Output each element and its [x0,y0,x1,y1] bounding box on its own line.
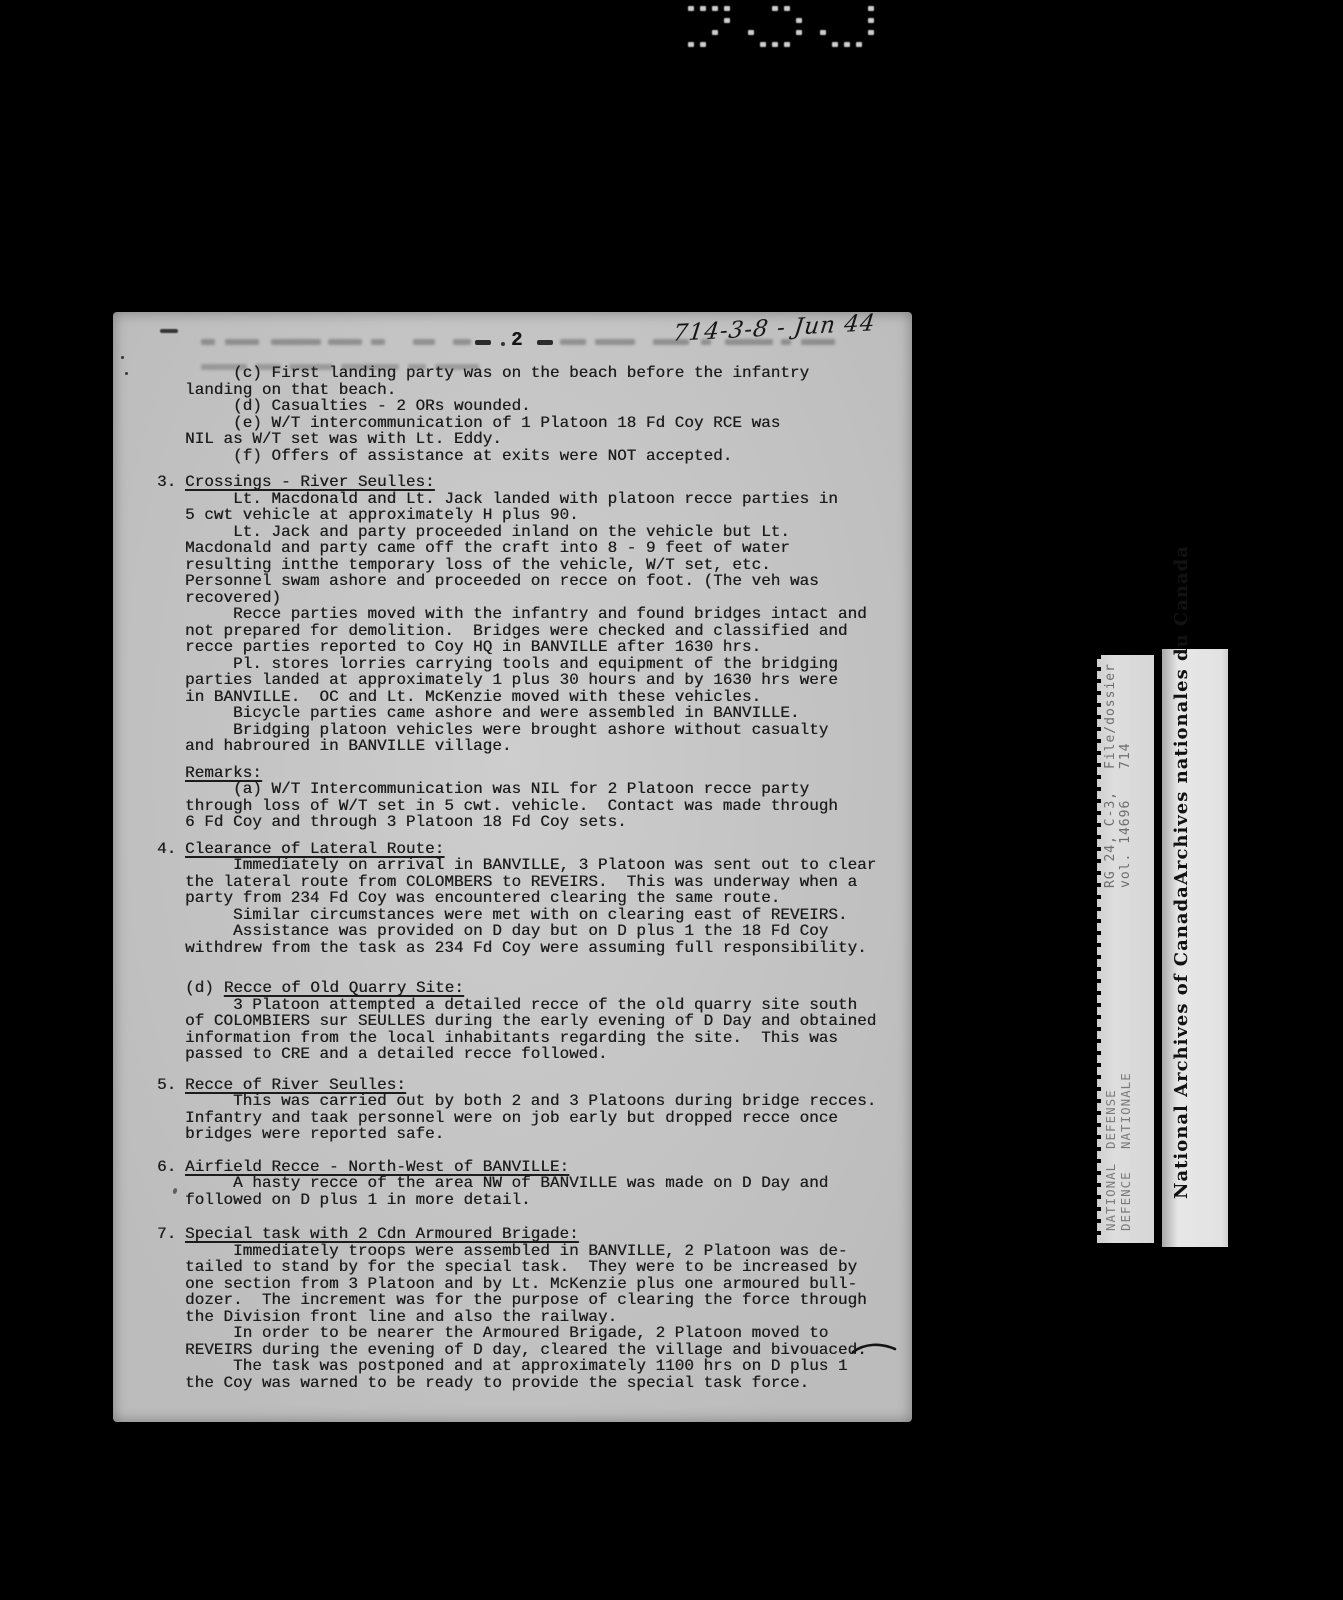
paragraph: 3 Platoon attempted a detailed recce of … [185,997,905,1063]
section-heading: Recce of River Seulles: [185,1076,406,1094]
archive-reference-text: RG 24, C-3, vol. 14696 File/dossier 714 [1103,663,1149,888]
paragraph: This was carried out by both 2 and 3 Pla… [185,1093,905,1143]
dash-mark [537,340,553,345]
section-heading: Crossings - River Seulles: [185,473,435,491]
section-number: 7. [157,1226,176,1243]
archive-reference-strip: RG 24, C-3, vol. 14696 File/dossier 714 … [1097,655,1154,1243]
section-heading: Recce of Old Quarry Site: [224,979,464,997]
dash-mark [475,340,491,345]
section-recce-river-seulles: 5.Recce of River Seulles: This was carri… [185,1077,905,1143]
national-defence-en: NATIONAL DEFENCE [1103,1149,1149,1231]
page-number: 2 [511,329,522,351]
section-number: 3. [157,474,176,491]
paragraph: Immediately on arrival in BANVILLE, 3 Pl… [185,857,905,956]
section-airfield-recce: 6.Airfield Recce - North-West of BANVILL… [185,1159,905,1209]
handwritten-check-mark [851,1340,897,1356]
dot-mark [501,342,505,346]
national-archives-en: National Archives of Canada [1171,885,1221,1199]
stray-mark [160,329,178,333]
section-special-task-armoured-brigade: 7.Special task with 2 Cdn Armoured Briga… [185,1226,905,1391]
section-heading: Remarks: [185,764,262,782]
subitems-c-to-f: (c) First landing party was on the beach… [185,365,905,464]
typed-text: (c) First landing party was on the beach… [185,365,905,1391]
paragraph: A hasty recce of the area NW of BANVILLE… [185,1175,905,1208]
paragraph: (a) W/T Intercommunication was NIL for 2… [185,781,905,831]
film-frame-number [676,0,916,60]
section-clearance-lateral-route: 4.Clearance of Lateral Route: Immediatel… [185,841,905,957]
record-group-label: RG 24, C-3, vol. 14696 [1103,769,1149,888]
microfilm-scan: { "film_frame": { "number": "935" }, "pa… [0,0,1343,1600]
national-archives-fr: Archives nationales du Canada [1171,545,1221,885]
national-archives-strip: National Archives of Canada Archives nat… [1162,649,1228,1247]
national-defence-text: NATIONAL DEFENCE DEFENSE NATIONALE [1103,1061,1149,1231]
stray-mark [125,372,128,375]
paragraph: Immediately troops were assembled in BAN… [185,1243,905,1392]
section-number: 6. [157,1159,176,1176]
section-heading: Clearance of Lateral Route: [185,840,444,858]
paragraph: Lt. Macdonald and Lt. Jack landed with p… [185,491,905,755]
national-defence-fr: DEFENSE NATIONALE [1103,1061,1149,1149]
paragraph: (c) First landing party was on the beach… [185,365,905,464]
stray-mark [121,356,124,359]
section-heading: Special task with 2 Cdn Armoured Brigade… [185,1225,579,1243]
national-archives-text: National Archives of Canada Archives nat… [1171,827,1221,1199]
section-remarks: Remarks: (a) W/T Intercommunication was … [185,765,905,831]
document-page: 714-3-8 - Jun 44 2 (c) First landing par… [113,312,912,1422]
section-number: 5. [157,1077,176,1094]
section-heading: Airfield Recce - North-West of BANVILLE: [185,1158,569,1176]
section-number: 4. [157,841,176,858]
section-recce-old-quarry-site: (d)Recce of Old Quarry Site: 3 Platoon a… [185,980,905,1063]
section-crossings-river-seulles: 3.Crossings - River Seulles: Lt. Macdona… [185,474,905,755]
section-letter: (d) [185,979,214,997]
stray-mark [172,1187,178,1194]
file-dossier-label: File/dossier 714 [1103,663,1149,769]
